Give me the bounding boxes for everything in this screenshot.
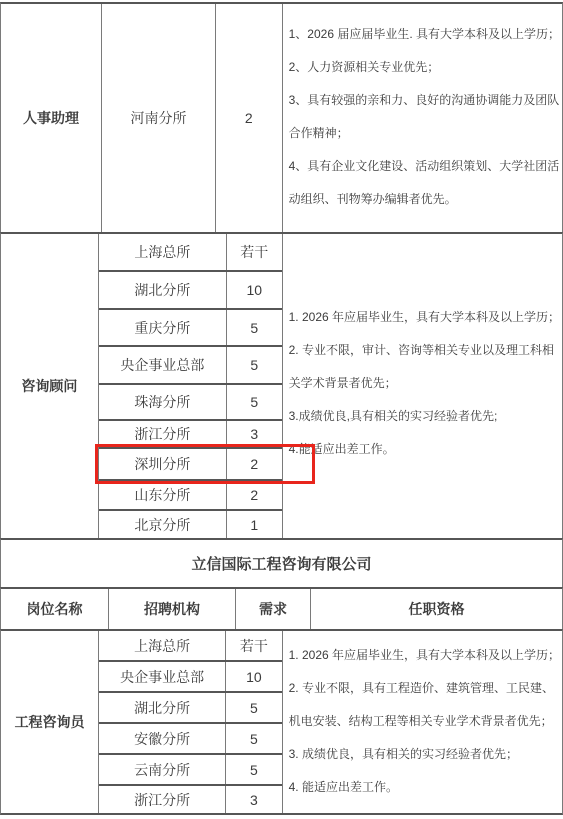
count-cell: 5 — [227, 310, 282, 345]
row-consulting-advisor: 咨询顾问 上海总所 若干 湖北分所 10 重庆分所 5 央企事业总部 5 珠海分… — [0, 232, 563, 538]
branch-row: 云南分所 5 — [99, 755, 281, 786]
header-demand: 需求 — [236, 589, 311, 629]
count-cell: 2 — [216, 4, 283, 232]
qualification-line: 2. 专业不限，审计、咨询等相关专业以及理工科相 — [289, 334, 560, 367]
company-title: 立信国际工程咨询有限公司 — [191, 553, 371, 574]
qualification-line: 4.能适应出差工作。 — [289, 433, 560, 466]
count-cell: 3 — [226, 786, 281, 813]
branch-cell: 湖北分所 — [99, 693, 226, 722]
position-cell: 人事助理 — [1, 4, 102, 232]
qualification-line: 合作精神； — [289, 117, 560, 150]
header-qualification: 任职资格 — [311, 589, 562, 629]
qualifications-cell: 1. 2026 年应届毕业生，具有大学本科及以上学历； 2. 专业不限，具有工程… — [283, 631, 562, 813]
qualification-line: 2. 专业不限，具有工程造价、建筑管理、工民建、 — [289, 672, 560, 705]
branch-cell: 珠海分所 — [99, 385, 227, 419]
branch-cell: 浙江分所 — [99, 786, 226, 813]
count-cell: 10 — [226, 662, 281, 691]
qualifications-cell: 1、2026 届应届毕业生. 具有大学本科及以上学历； 2、人力资源相关专业优先… — [283, 4, 562, 232]
branch-row: 湖北分所 5 — [99, 693, 281, 724]
branch-list: 上海总所 若干 央企事业总部 10 湖北分所 5 安徽分所 5 云南分所 5 浙… — [99, 631, 282, 813]
count-cell: 5 — [226, 755, 281, 784]
branch-row: 安徽分所 5 — [99, 724, 281, 755]
qualification-line: 1、2026 届应届毕业生. 具有大学本科及以上学历； — [289, 18, 560, 51]
qualification-line: 2、人力资源相关专业优先； — [289, 51, 560, 84]
row-hr-assistant: 人事助理 河南分所 2 1、2026 届应届毕业生. 具有大学本科及以上学历； … — [0, 2, 563, 232]
count-cell: 5 — [227, 347, 282, 383]
branch-cell: 上海总所 — [99, 234, 227, 270]
branch-cell: 央企事业总部 — [99, 662, 226, 691]
branch-cell: 浙江分所 — [99, 421, 227, 447]
branch-cell: 安徽分所 — [99, 724, 226, 753]
count-cell: 3 — [227, 421, 282, 447]
branch-cell: 山东分所 — [99, 481, 227, 509]
table-header-row: 岗位名称 招聘机构 需求 任职资格 — [0, 587, 563, 629]
count-cell: 5 — [226, 693, 281, 722]
qualification-line: 机电安装、结构工程等相关专业学术背景者优先； — [289, 705, 560, 738]
qualification-line: 4、具有企业文化建设、活动组织策划、大学社团活 — [289, 150, 560, 183]
count-cell: 2 — [227, 481, 282, 509]
position-cell: 咨询顾问 — [1, 234, 99, 538]
branch-cell: 河南分所 — [102, 4, 216, 232]
header-agency: 招聘机构 — [109, 589, 236, 629]
branch-row: 上海总所 若干 — [99, 234, 282, 272]
branch-row: 湖北分所 10 — [99, 272, 282, 310]
qualification-line: 1. 2026 年应届毕业生，具有大学本科及以上学历； — [289, 639, 560, 672]
branch-cell: 湖北分所 — [99, 272, 227, 308]
branch-row: 山东分所 2 — [99, 481, 282, 511]
header-position: 岗位名称 — [1, 589, 109, 629]
qualification-line: 4. 能适应出差工作。 — [289, 771, 560, 804]
branch-row: 央企事业总部 10 — [99, 662, 281, 693]
count-cell: 若干 — [227, 234, 282, 270]
branch-row: 上海总所 若干 — [99, 631, 281, 662]
branch-row: 珠海分所 5 — [99, 385, 282, 421]
branch-row: 浙江分所 3 — [99, 786, 281, 813]
count-cell: 1 — [227, 511, 282, 538]
row-engineering-consultant: 工程咨询员 上海总所 若干 央企事业总部 10 湖北分所 5 安徽分所 5 云南… — [0, 629, 563, 815]
count-cell: 5 — [226, 724, 281, 753]
branch-row: 重庆分所 5 — [99, 310, 282, 347]
branch-cell: 云南分所 — [99, 755, 226, 784]
branch-row: 浙江分所 3 — [99, 421, 282, 449]
qualification-line: 1. 2026 年应届毕业生，具有大学本科及以上学历； — [289, 301, 560, 334]
branch-cell: 上海总所 — [99, 631, 226, 660]
branch-row: 北京分所 1 — [99, 511, 282, 538]
count-cell: 2 — [227, 449, 282, 479]
count-cell: 若干 — [226, 631, 281, 660]
company-title-row: 立信国际工程咨询有限公司 — [0, 538, 563, 587]
branch-cell: 北京分所 — [99, 511, 227, 538]
qualifications-cell: 1. 2026 年应届毕业生，具有大学本科及以上学历； 2. 专业不限，审计、咨… — [283, 234, 562, 538]
qualification-line: 关学术背景者优先； — [289, 367, 560, 400]
branch-cell: 重庆分所 — [99, 310, 227, 345]
qualification-line: 3.成绩优良,具有相关的实习经验者优先; — [289, 400, 560, 433]
count-cell: 5 — [227, 385, 282, 419]
position-cell: 工程咨询员 — [1, 631, 99, 813]
qualification-line: 动组织、刊物筹办编辑者优先。 — [289, 183, 560, 216]
recruitment-table-page: 人事助理 河南分所 2 1、2026 届应届毕业生. 具有大学本科及以上学历； … — [0, 0, 563, 819]
qualification-line: 3. 成绩优良，具有相关的实习经验者优先； — [289, 738, 560, 771]
branch-row: 央企事业总部 5 — [99, 347, 282, 385]
branch-cell: 央企事业总部 — [99, 347, 227, 383]
branch-cell: 深圳分所 — [99, 449, 227, 479]
branch-list: 上海总所 若干 湖北分所 10 重庆分所 5 央企事业总部 5 珠海分所 5 浙… — [99, 234, 283, 538]
branch-row-highlighted: 深圳分所 2 — [99, 449, 282, 481]
qualification-line: 3、具有较强的亲和力、良好的沟通协调能力及团队 — [289, 84, 560, 117]
count-cell: 10 — [227, 272, 282, 308]
